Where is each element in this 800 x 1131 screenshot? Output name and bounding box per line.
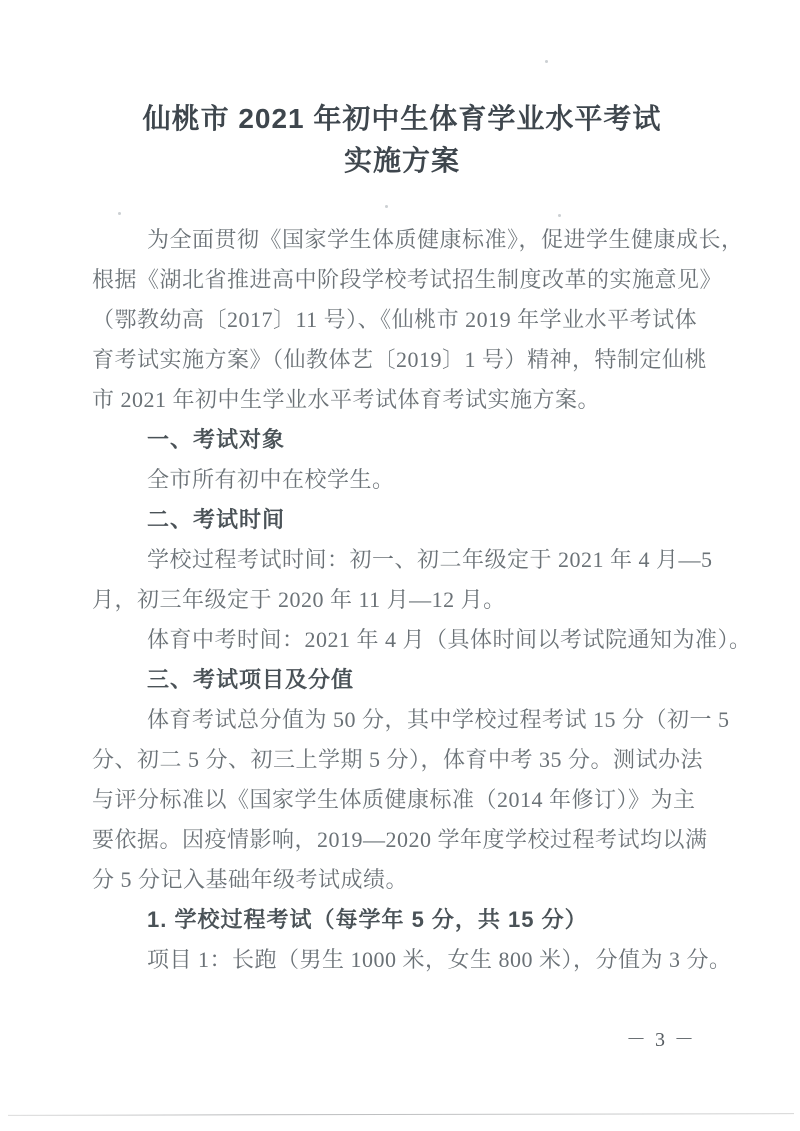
- section3-paragraph1-line: 与评分标准以《国家学生体质健康标准（2014 年修订）》为主: [92, 780, 712, 820]
- document-content: 仙桃市 2021 年初中生体育学业水平考试 实施方案 为全面贯彻《国家学生体质健…: [92, 98, 712, 980]
- intro-paragraph-line: 育考试实施方案》（仙教体艺〔2019〕1 号）精神，特制定仙桃: [92, 340, 712, 380]
- intro-paragraph-line: 市 2021 年初中生学业水平考试体育考试实施方案。: [92, 380, 712, 420]
- intro-paragraph-line: 根据《湖北省推进高中阶段学校考试招生制度改革的实施意见》: [92, 260, 712, 300]
- section1-heading: 一、考试对象: [92, 420, 712, 460]
- section3-paragraph1-line: 体育考试总分值为 50 分，其中学校过程考试 15 分（初一 5: [92, 700, 712, 740]
- document-title: 仙桃市 2021 年初中生体育学业水平考试 实施方案: [92, 98, 712, 182]
- section3-heading: 三、考试项目及分值: [92, 660, 712, 700]
- section3-paragraph1-line: 分 5 分记入基础年级考试成绩。: [92, 860, 712, 900]
- section2-heading: 二、考试时间: [92, 500, 712, 540]
- scan-speck: [385, 205, 388, 208]
- section2-paragraph1-line: 月，初三年级定于 2020 年 11 月—12 月。: [92, 580, 712, 620]
- title-line-2: 实施方案: [92, 140, 712, 182]
- scan-speck: [545, 60, 548, 63]
- document-page: 仙桃市 2021 年初中生体育学业水平考试 实施方案 为全面贯彻《国家学生体质健…: [0, 0, 800, 1131]
- intro-paragraph-line: （鄂教幼高〔2017〕11 号）、《仙桃市 2019 年学业水平考试体: [92, 300, 712, 340]
- section3-paragraph1-line: 分、初二 5 分、初三上学期 5 分），体育中考 35 分。测试办法: [92, 740, 712, 780]
- subsection1-heading: 1. 学校过程考试（每学年 5 分，共 15 分）: [92, 900, 712, 940]
- subsection1-paragraph-line: 项目 1：长跑（男生 1000 米，女生 800 米），分值为 3 分。: [92, 940, 712, 980]
- scan-edge-artifact: [8, 1113, 794, 1116]
- intro-paragraph-line: 为全面贯彻《国家学生体质健康标准》，促进学生健康成长，: [92, 220, 712, 260]
- scan-speck: [558, 214, 561, 217]
- section2-paragraph1-line: 学校过程考试时间：初一、初二年级定于 2021 年 4 月—5: [92, 540, 712, 580]
- section3-paragraph1-line: 要依据。因疫情影响，2019—2020 学年度学校过程考试均以满: [92, 820, 712, 860]
- section1-body: 全市所有初中在校学生。: [92, 460, 712, 500]
- scan-speck: [118, 212, 121, 215]
- page-number: － 3 －: [626, 1028, 696, 1052]
- title-line-1: 仙桃市 2021 年初中生体育学业水平考试: [92, 98, 712, 140]
- section2-paragraph2-line: 体育中考时间：2021 年 4 月（具体时间以考试院通知为准）。: [92, 620, 712, 660]
